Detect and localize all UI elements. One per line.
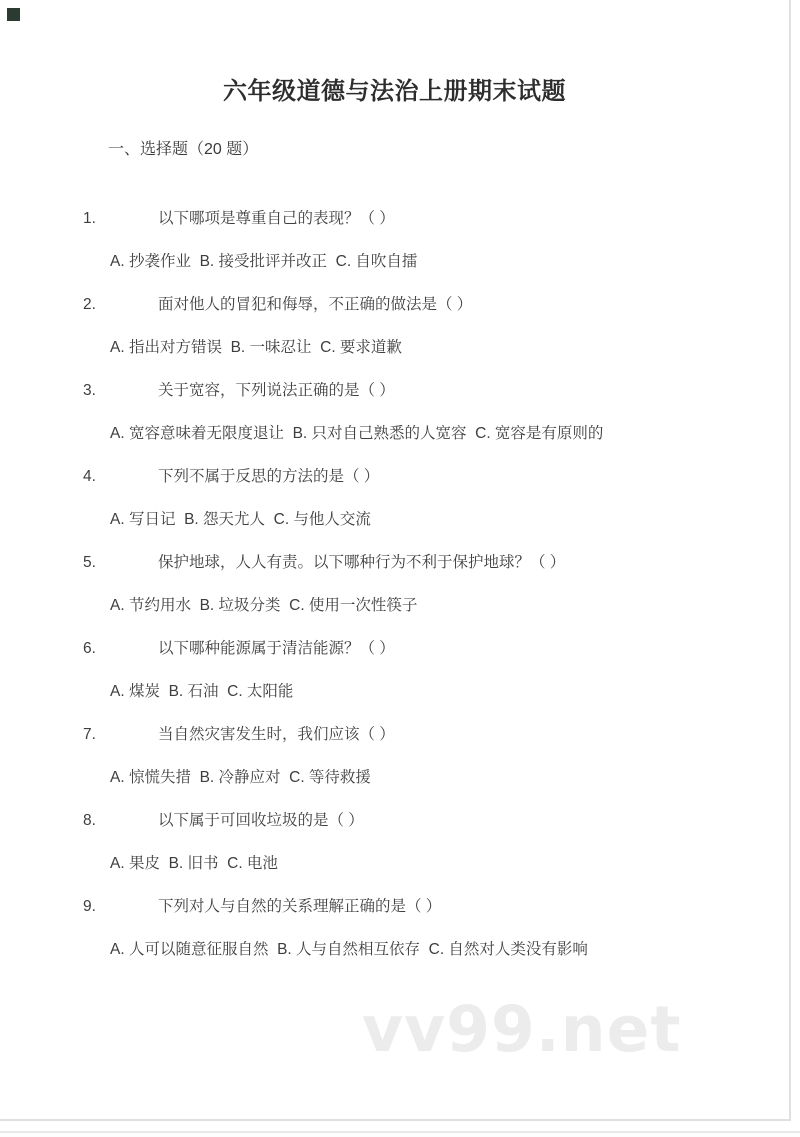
watermark: vv99.net xyxy=(362,993,681,1066)
question-line: 7. 当自然灾害发生时，我们应该（ ） xyxy=(0,713,789,756)
question-text: 以下哪项是尊重自己的表现？（ ） xyxy=(158,197,789,240)
options-line: A. 果皮 B. 旧书 C. 电池 xyxy=(0,842,789,885)
question-text: 保护地球，人人有责。以下哪种行为不利于保护地球？（ ） xyxy=(158,541,789,584)
question-line: 4. 下列不属于反思的方法的是（ ） xyxy=(0,455,789,498)
section-heading: 一、选择题（20 题） xyxy=(108,140,258,160)
question-line: 1. 以下哪项是尊重自己的表现？（ ） xyxy=(0,197,789,240)
question-line: 3. 关于宽容，下列说法正确的是（ ） xyxy=(0,369,789,412)
question-text: 以下属于可回收垃圾的是（ ） xyxy=(158,799,789,842)
question-number: 3. xyxy=(0,369,158,412)
question-number: 6. xyxy=(0,627,158,670)
document-page: 六年级道德与法治上册期末试题 一、选择题（20 题） 1. 以下哪项是尊重自己的… xyxy=(0,0,791,1121)
question-number: 9. xyxy=(0,885,158,928)
next-page-strip xyxy=(0,1133,800,1137)
options-line: A. 指出对方错误 B. 一味忍让 C. 要求道歉 xyxy=(0,326,789,369)
question-number: 4. xyxy=(0,455,158,498)
question-line: 6. 以下哪种能源属于清洁能源？（ ） xyxy=(0,627,789,670)
options-line: A. 煤炭 B. 石油 C. 太阳能 xyxy=(0,670,789,713)
options-line: A. 惊慌失措 B. 冷静应对 C. 等待救援 xyxy=(0,756,789,799)
question-text: 下列不属于反思的方法的是（ ） xyxy=(158,455,789,498)
options-line: A. 人可以随意征服自然 B. 人与自然相互依存 C. 自然对人类没有影响 xyxy=(0,928,789,971)
options-line: A. 节约用水 B. 垃圾分类 C. 使用一次性筷子 xyxy=(0,584,789,627)
question-text: 下列对人与自然的关系理解正确的是（ ） xyxy=(158,885,789,928)
question-text: 当自然灾害发生时，我们应该（ ） xyxy=(158,713,789,756)
question-number: 2. xyxy=(0,283,158,326)
question-line: 8. 以下属于可回收垃圾的是（ ） xyxy=(0,799,789,842)
document-viewer: 六年级道德与法治上册期末试题 一、选择题（20 题） 1. 以下哪项是尊重自己的… xyxy=(0,0,800,1137)
options-line: A. 宽容意味着无限度退让 B. 只对自己熟悉的人宽容 C. 宽容是有原则的 xyxy=(0,412,789,455)
options-line: A. 抄袭作业 B. 接受批评并改正 C. 自吹自擂 xyxy=(0,240,789,283)
question-list: 1. 以下哪项是尊重自己的表现？（ ） A. 抄袭作业 B. 接受批评并改正 C… xyxy=(0,197,789,971)
question-line: 9. 下列对人与自然的关系理解正确的是（ ） xyxy=(0,885,789,928)
page-title: 六年级道德与法治上册期末试题 xyxy=(0,78,789,106)
question-line: 2. 面对他人的冒犯和侮辱，不正确的做法是（ ） xyxy=(0,283,789,326)
question-number: 1. xyxy=(0,197,158,240)
question-number: 7. xyxy=(0,713,158,756)
question-number: 8. xyxy=(0,799,158,842)
question-text: 面对他人的冒犯和侮辱，不正确的做法是（ ） xyxy=(158,283,789,326)
question-line: 5. 保护地球，人人有责。以下哪种行为不利于保护地球？（ ） xyxy=(0,541,789,584)
question-number: 5. xyxy=(0,541,158,584)
corner-marker xyxy=(7,8,20,21)
question-text: 关于宽容，下列说法正确的是（ ） xyxy=(158,369,789,412)
options-line: A. 写日记 B. 怨天尤人 C. 与他人交流 xyxy=(0,498,789,541)
question-text: 以下哪种能源属于清洁能源？（ ） xyxy=(158,627,789,670)
